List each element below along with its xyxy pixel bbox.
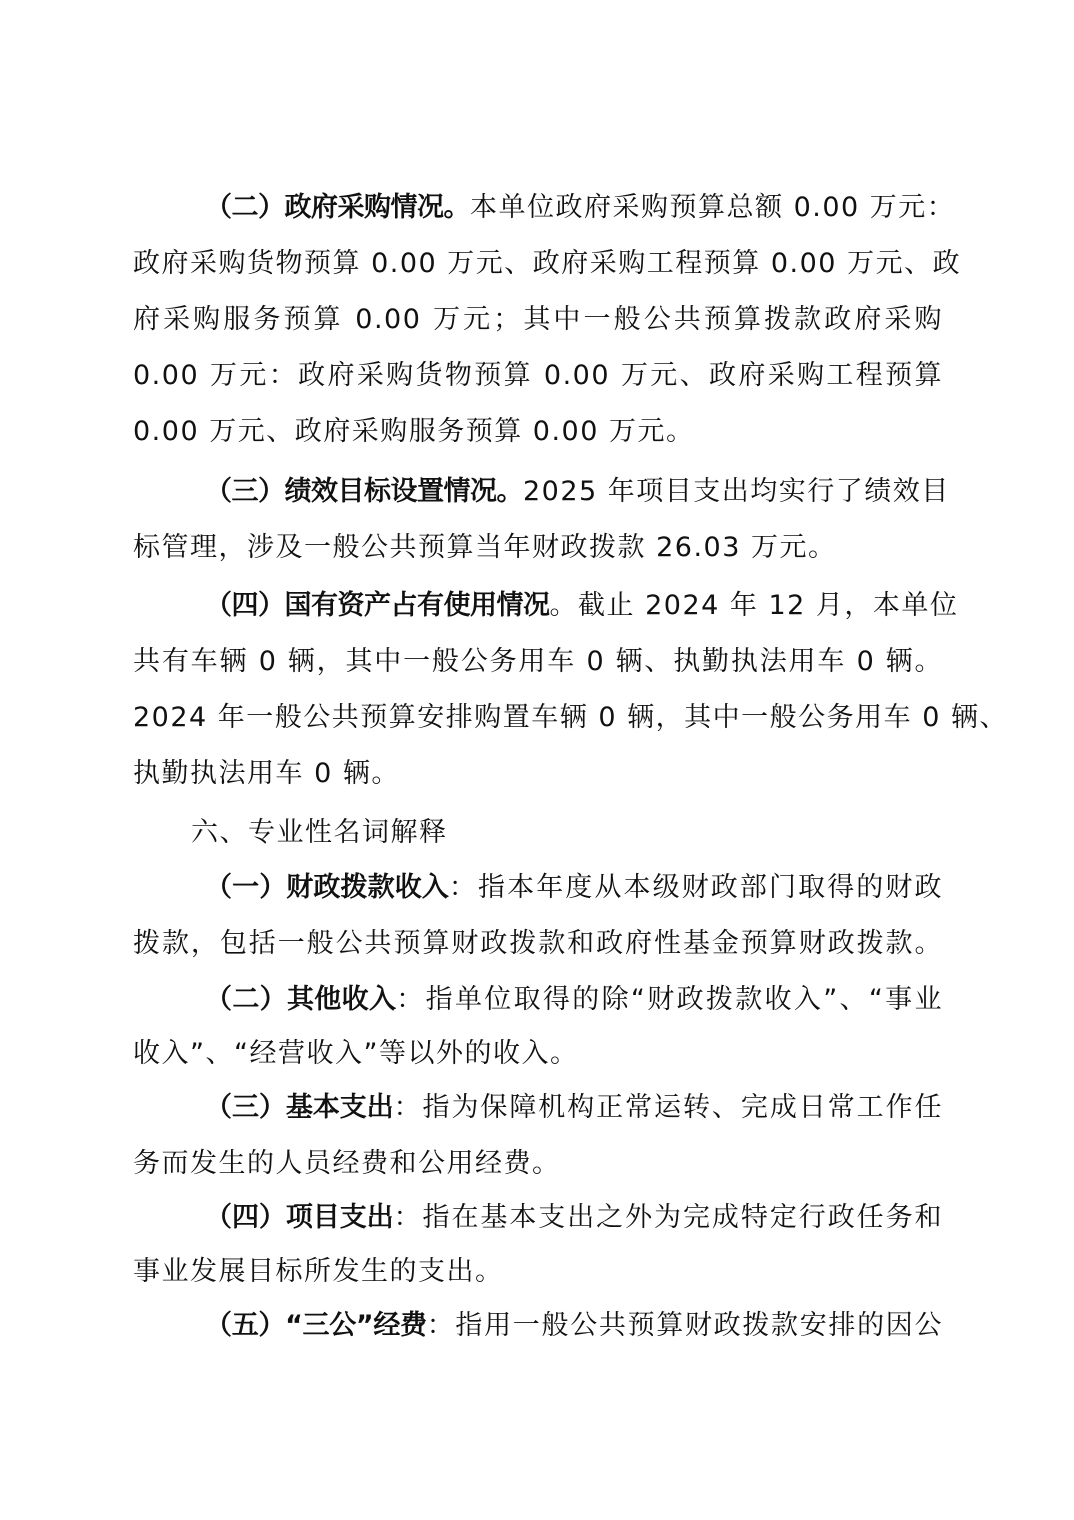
paragraph-line: 收入”、“经营收入”等以外的收入。: [133, 1036, 578, 1072]
term-heading: （一）财政拨款收入: [205, 872, 449, 903]
paragraph-line: （四）项目支出：指在基本支出之外为完成特定行政任务和: [205, 1200, 943, 1236]
term-heading: （二）其他收入: [205, 984, 396, 1015]
term-definition: ：指单位取得的除“财政拨款收入”、“事业: [396, 984, 943, 1015]
paragraph-line: （五）“三公”经费：指用一般公共预算财政拨款安排的因公: [205, 1308, 943, 1344]
paragraph-text: 本单位政府采购预算总额 0.00 万元：: [470, 192, 955, 223]
section-heading: （三）绩效目标设置情况。: [205, 476, 523, 507]
paragraph-line: 务而发生的人员经费和公用经费。: [133, 1146, 561, 1182]
paragraph-line: 事业发展目标所发生的支出。: [133, 1254, 504, 1290]
paragraph-line: 标管理，涉及一般公共预算当年财政拨款 26.03 万元。: [133, 530, 836, 566]
section-heading: （四）国有资产占有使用情况: [205, 590, 550, 621]
paragraph-line: 0.00 万元：政府采购货物预算 0.00 万元、政府采购工程预算: [133, 358, 943, 394]
paragraph-line: 2024 年一般公共预算安排购置车辆 0 辆，其中一般公务用车 0 辆、: [133, 700, 943, 736]
paragraph-line: （三）基本支出：指为保障机构正常运转、完成日常工作任: [205, 1090, 943, 1126]
chapter-heading: 六、专业性名词解释: [191, 815, 448, 851]
paragraph-line: 政府采购货物预算 0.00 万元、政府采购工程预算 0.00 万元、政: [133, 246, 943, 282]
term-definition: ：指为保障机构正常运转、完成日常工作任: [394, 1092, 943, 1123]
term-heading: （五）“三公”经费: [205, 1310, 427, 1341]
paragraph-line: 府采购服务预算 0.00 万元；其中一般公共预算拨款政府采购: [133, 302, 943, 338]
paragraph-line: 共有车辆 0 辆，其中一般公务用车 0 辆、执勤执法用车 0 辆。: [133, 644, 943, 680]
paragraph-line: 0.00 万元、政府采购服务预算 0.00 万元。: [133, 414, 694, 450]
term-definition: ：指用一般公共预算财政拨款安排的因公: [427, 1310, 943, 1341]
term-heading: （四）项目支出: [205, 1202, 394, 1233]
term-definition: ：指本年度从本级财政部门取得的财政: [449, 872, 943, 903]
paragraph-text: 2025 年项目支出均实行了绩效目: [523, 476, 950, 507]
paragraph-text: 。截止 2024 年 12 月，本单位: [550, 590, 959, 621]
paragraph-line: 执勤执法用车 0 辆。: [133, 756, 400, 792]
paragraph-line: （二）政府采购情况。本单位政府采购预算总额 0.00 万元：: [205, 190, 943, 226]
paragraph-line: （四）国有资产占有使用情况。截止 2024 年 12 月，本单位: [205, 588, 943, 624]
section-heading: （二）政府采购情况。: [205, 192, 470, 223]
paragraph-line: （三）绩效目标设置情况。2025 年项目支出均实行了绩效目: [205, 474, 943, 510]
term-heading: （三）基本支出: [205, 1092, 394, 1123]
paragraph-line: （一）财政拨款收入：指本年度从本级财政部门取得的财政: [205, 870, 943, 906]
term-definition: ：指在基本支出之外为完成特定行政任务和: [394, 1202, 943, 1233]
paragraph-line: 拨款，包括一般公共预算财政拨款和政府性基金预算财政拨款。: [133, 926, 943, 962]
paragraph-line: （二）其他收入：指单位取得的除“财政拨款收入”、“事业: [205, 982, 943, 1018]
